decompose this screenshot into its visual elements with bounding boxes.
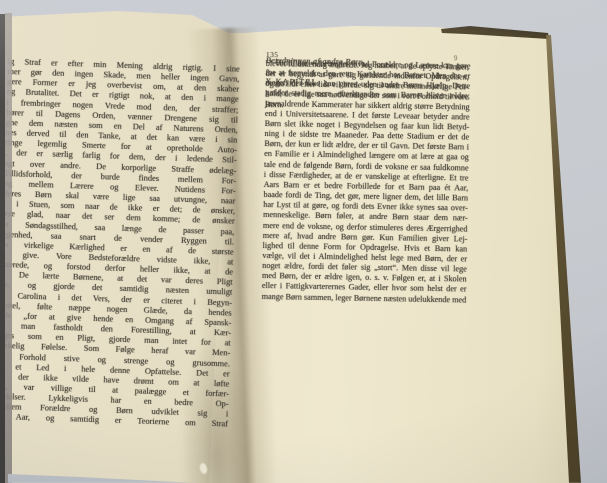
body-paragraph: Hidtil har vi betragtet, hvad Forældre o…	[262, 58, 471, 305]
left-cover-edge-highlight	[5, 13, 12, 483]
left-page-text: ig Straf er efter min Mening aldrig rigt…	[0, 57, 240, 430]
signature-mark: 9	[454, 54, 458, 64]
book-photo: ig Straf er efter min Mening aldrig rigt…	[0, 0, 607, 483]
